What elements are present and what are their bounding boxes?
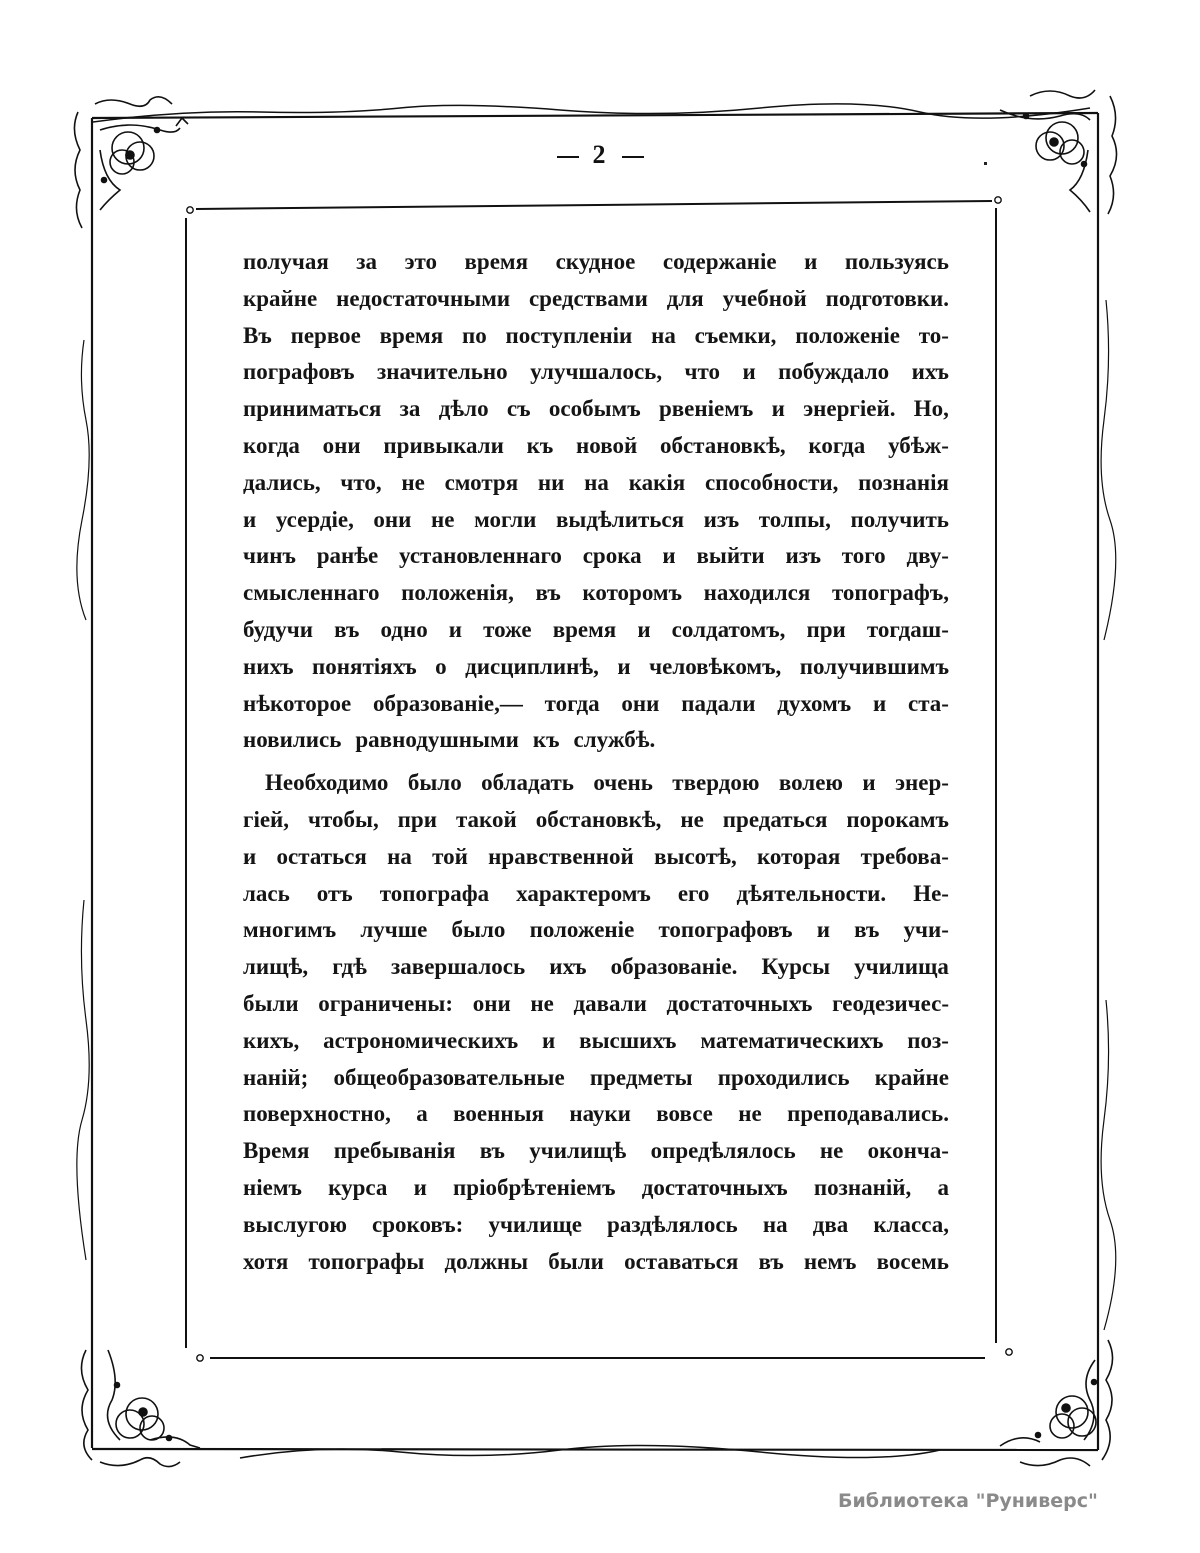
word: какія	[629, 465, 686, 502]
text-line: когдаонипривыкаликъновойобстановкѣ,когда…	[243, 428, 949, 465]
text-line: новилисьравнодушнымикъслужбѣ.	[243, 722, 949, 759]
word: когда	[243, 428, 300, 465]
word: новились	[243, 722, 341, 759]
word: были	[548, 1244, 604, 1281]
print-speck	[984, 162, 987, 165]
word: той	[432, 839, 468, 876]
word: изъ	[704, 502, 740, 539]
word: убѣж-	[888, 428, 949, 465]
word: привыкали	[383, 428, 503, 465]
word: человѣкомъ,	[649, 649, 781, 686]
word: нанiй;	[243, 1060, 308, 1097]
text-line: крайненедостаточнымисредствамидляучебной…	[243, 281, 949, 318]
word: смотря	[445, 465, 519, 502]
word: военныя	[453, 1096, 544, 1133]
body-text: получаязаэтовремяскудноесодержаніеипольз…	[243, 244, 949, 1280]
word: на	[584, 465, 609, 502]
word: въ	[334, 612, 359, 649]
paragraph: Необходимобылообладатьоченьтвердоюволеюи…	[243, 765, 949, 1280]
word: учи-	[904, 912, 949, 949]
dash-left	[557, 156, 579, 158]
word: срока	[583, 538, 642, 575]
word: Необходимо	[265, 765, 388, 802]
word: значительно	[377, 354, 508, 391]
word: ограничены:	[318, 986, 453, 1023]
text-line: Времяпребываніявъучилищѣопредѣлялосьнеок…	[243, 1133, 949, 1170]
word: преподавались.	[787, 1096, 949, 1133]
text-line: дались,что,несмотрянинакакіяспособности,…	[243, 465, 949, 502]
word: завершалось	[391, 949, 525, 986]
word: особымъ	[549, 391, 641, 428]
word: образованіе,—	[373, 686, 523, 723]
word: положеніе	[795, 318, 900, 355]
word: было	[408, 765, 462, 802]
word: и	[637, 612, 650, 649]
word: высшихъ	[579, 1023, 676, 1060]
text-line: лищѣ,гдѣзавершалосьихъобразованіе.Курсыу…	[243, 949, 949, 986]
word: которомъ	[582, 575, 682, 612]
word: выслугою	[243, 1207, 347, 1244]
word: въ	[480, 1133, 505, 1170]
word: дву-	[906, 538, 948, 575]
word: ихъ	[549, 949, 586, 986]
word: ихъ	[912, 354, 949, 391]
word: высотѣ,	[654, 839, 737, 876]
word: подготовки.	[826, 281, 949, 318]
text-line: гіей,чтобы,притакойобстановкѣ,непредатьс…	[243, 802, 949, 839]
word: въ	[854, 912, 879, 949]
word: смысленнаго	[243, 575, 380, 612]
word: содержаніе	[663, 244, 777, 281]
word: оконча-	[868, 1133, 949, 1170]
word: съ	[507, 391, 531, 428]
word: для	[667, 281, 704, 318]
word: время	[553, 612, 617, 649]
word: изъ	[785, 538, 821, 575]
word: лась	[243, 876, 290, 913]
word: волею	[779, 765, 843, 802]
text-line: кихъ,астрономическихъивысшихъматематичес…	[243, 1023, 949, 1060]
text-line: выслугоюсроковъ:училищераздѣлялосьнадвак…	[243, 1207, 949, 1244]
text-line: ласьотътопографахарактеромъегодѣятельнос…	[243, 876, 949, 913]
word: ранѣе	[317, 538, 379, 575]
word: два	[813, 1207, 849, 1244]
text-line: Въпервоевремяпопоступленіинасъемки,полож…	[243, 318, 949, 355]
word: ни	[538, 465, 565, 502]
word: съемки,	[695, 318, 777, 355]
word: побуждало	[778, 354, 889, 391]
word: чинъ	[243, 538, 296, 575]
word: учебной	[723, 281, 807, 318]
word: обстановкѣ,	[536, 802, 662, 839]
word: восемь	[877, 1244, 949, 1281]
word: раздѣлялось	[607, 1207, 738, 1244]
word: энергіей.	[803, 391, 895, 428]
paragraph: получаязаэтовремяскудноесодержаніеипольз…	[243, 244, 949, 759]
word: общеобразовательные	[333, 1060, 564, 1097]
word: рвеніемъ	[659, 391, 753, 428]
word: и	[662, 538, 675, 575]
word: установленнаго	[399, 538, 562, 575]
word: ніемъ	[243, 1170, 302, 1207]
text-line: нѣкотороеобразованіе,—тогдаонипадалидухо…	[243, 686, 949, 723]
word: выдѣлиться	[556, 502, 684, 539]
word: Курсы	[762, 949, 831, 986]
scroll-flourish-bottom-right-icon	[1000, 1340, 1113, 1466]
word: службѣ.	[574, 722, 656, 759]
word: нѣкоторое	[243, 686, 351, 723]
word: Но,	[914, 391, 949, 428]
word: проходились	[718, 1060, 850, 1097]
word: въ	[758, 1244, 783, 1281]
word: что,	[340, 465, 381, 502]
word: одно	[380, 612, 427, 649]
word: за	[400, 391, 421, 428]
word: и	[742, 354, 755, 391]
word: и	[873, 686, 886, 723]
text-line: пографовъзначительноулучшалось,чтоипобуж…	[243, 354, 949, 391]
word: должны	[444, 1244, 528, 1281]
word: положенія,	[401, 575, 514, 612]
word: что	[685, 354, 720, 391]
word: курса	[328, 1170, 387, 1207]
word: твердою	[672, 765, 759, 802]
word: топографа	[380, 876, 489, 913]
word: и	[804, 244, 817, 281]
word: пріобрѣтеніемъ	[453, 1170, 615, 1207]
word: нихъ	[243, 649, 294, 686]
word: отъ	[317, 876, 353, 913]
word: образованіе.	[611, 949, 738, 986]
word: улучшалось,	[530, 354, 662, 391]
book-page: 2 получаязаэтовремяскудноесодержаніеипол…	[0, 0, 1200, 1553]
word: а	[416, 1096, 428, 1133]
word: по	[462, 318, 487, 355]
word: на	[387, 839, 412, 876]
word: вовсе	[656, 1096, 713, 1133]
word: его	[678, 876, 710, 913]
word: давали	[573, 986, 646, 1023]
word: опредѣлялось	[651, 1133, 796, 1170]
word: математическихъ	[700, 1023, 883, 1060]
word: солдатомъ,	[672, 612, 786, 649]
word: при	[806, 612, 845, 649]
word: выйти	[696, 538, 764, 575]
word: предметы	[590, 1060, 693, 1097]
word: положеніе	[530, 912, 635, 949]
word: крайне	[875, 1060, 949, 1097]
word: время	[380, 318, 444, 355]
word: Время	[243, 1133, 309, 1170]
word: гдѣ	[332, 949, 367, 986]
word: Въ	[243, 318, 272, 355]
word: они	[373, 502, 411, 539]
word: средствами	[529, 281, 648, 318]
word: хотя	[243, 1244, 288, 1281]
word: многимъ	[243, 912, 336, 949]
word: приниматься	[243, 391, 381, 428]
word: поступленіи	[506, 318, 633, 355]
word: обладать	[481, 765, 574, 802]
word: и	[617, 649, 630, 686]
word: училища	[854, 949, 949, 986]
word: требова-	[861, 839, 949, 876]
word: не	[680, 802, 703, 839]
text-line: былиограничены:онинедавалидостаточныхъге…	[243, 986, 949, 1023]
word: на	[651, 318, 676, 355]
word: астрономическихъ	[323, 1023, 518, 1060]
word: и	[414, 1170, 427, 1207]
word: это	[405, 244, 437, 281]
text-line: нихъпонятіяхъодисциплинѣ,ичеловѣкомъ,пол…	[243, 649, 949, 686]
word: очень	[593, 765, 653, 802]
word: достаточныхъ	[642, 1170, 788, 1207]
word: познаній,	[814, 1170, 911, 1207]
word: нравственной	[488, 839, 634, 876]
word: ста-	[908, 686, 949, 723]
word: и	[243, 839, 256, 876]
text-line: чинъранѣеустановленнагосрокаивыйтиизътог…	[243, 538, 949, 575]
word: не	[820, 1133, 843, 1170]
text-line: смысленнагоположенія,въкоторомънаходился…	[243, 575, 949, 612]
word: порокамъ	[846, 802, 949, 839]
word: топографы	[308, 1244, 424, 1281]
word: сроковъ:	[372, 1207, 463, 1244]
word: они	[621, 686, 659, 723]
word: при	[398, 802, 437, 839]
word: училище	[488, 1207, 582, 1244]
word: дисциплинѣ,	[465, 649, 599, 686]
page-number: 2	[0, 140, 1200, 170]
word: топографовъ	[658, 912, 792, 949]
word: находился	[704, 575, 811, 612]
text-line: поверхностно,авоенныянаукивовсенепрепода…	[243, 1096, 949, 1133]
word: и	[243, 502, 256, 539]
word: и	[772, 391, 785, 428]
text-line: хотятопографыдолжныбылиоставатьсявънемъв…	[243, 1244, 949, 1281]
word: то-	[919, 318, 949, 355]
text-line: Необходимобылообладатьоченьтвердоюволеюи…	[243, 765, 949, 802]
word: получить	[850, 502, 949, 539]
word: которая	[757, 839, 840, 876]
word: пографовъ	[243, 354, 355, 391]
word: энер-	[895, 765, 949, 802]
word: немъ	[804, 1244, 857, 1281]
word: и	[817, 912, 830, 949]
word: такой	[456, 802, 517, 839]
word: недостаточными	[336, 281, 510, 318]
word: и	[542, 1023, 555, 1060]
word: геодезичес-	[832, 986, 949, 1023]
word: топографъ,	[832, 575, 949, 612]
word: усердіе,	[276, 502, 354, 539]
text-line: иусердіе,онинемогливыдѣлитьсяизътолпы,по…	[243, 502, 949, 539]
text-line: ніемъкурсаипріобрѣтеніемъдостаточныхъпоз…	[243, 1170, 949, 1207]
word: и	[862, 765, 875, 802]
word: а	[937, 1170, 949, 1207]
word: того	[842, 538, 886, 575]
word: о	[435, 649, 447, 686]
word: толпы,	[759, 502, 831, 539]
word: въ	[536, 575, 561, 612]
word: могли	[474, 502, 536, 539]
word: падали	[681, 686, 755, 723]
word: къ	[527, 428, 554, 465]
text-line: получаязаэтовремяскудноесодержаніеипольз…	[243, 244, 949, 281]
text-line: многимълучшебылоположеніетопографовъивъу…	[243, 912, 949, 949]
word: и	[449, 612, 462, 649]
word: время	[465, 244, 529, 281]
word: дѣятельности.	[736, 876, 886, 913]
word: равнодушными	[355, 722, 518, 759]
word: поз-	[907, 1023, 949, 1060]
word: лищѣ,	[243, 949, 308, 986]
word: новой	[576, 428, 637, 465]
word: къ	[533, 722, 560, 759]
word: оставаться	[624, 1244, 738, 1281]
word: не	[401, 465, 424, 502]
word: получившимъ	[800, 649, 949, 686]
word: поверхностно,	[243, 1096, 391, 1133]
word: за	[356, 244, 377, 281]
word: когда	[808, 428, 865, 465]
word: на	[763, 1207, 788, 1244]
word: было	[452, 912, 506, 949]
word: остаться	[277, 839, 367, 876]
word: они	[473, 986, 511, 1023]
library-watermark: Библиотека "Руниверс"	[838, 1490, 1098, 1512]
word: познанія	[858, 465, 949, 502]
word: училищѣ	[529, 1133, 626, 1170]
word: характеромъ	[516, 876, 651, 913]
text-line: иостатьсянатойнравственнойвысотѣ,которая…	[243, 839, 949, 876]
word: не	[530, 986, 553, 1023]
word: пребыванія	[334, 1133, 456, 1170]
word: достаточныхъ	[667, 986, 813, 1023]
word: тоже	[483, 612, 532, 649]
word: науки	[569, 1096, 631, 1133]
word: они	[323, 428, 361, 465]
word: не	[431, 502, 454, 539]
word: лучше	[360, 912, 427, 949]
word: первое	[291, 318, 361, 355]
text-line: приниматьсязадѣлосъособымървеніемъиэнерг…	[243, 391, 949, 428]
word: получая	[243, 244, 329, 281]
word: Не-	[913, 876, 949, 913]
word: тогдаш-	[867, 612, 949, 649]
dash-right	[622, 156, 644, 158]
word: понятіяхъ	[312, 649, 417, 686]
word: дались,	[243, 465, 321, 502]
text-line: нанiй;общеобразовательныепредметыпроходи…	[243, 1060, 949, 1097]
word: чтобы,	[308, 802, 379, 839]
word: кихъ,	[243, 1023, 299, 1060]
word: не	[738, 1096, 761, 1133]
page-number-value: 2	[593, 140, 608, 169]
word: обстановкѣ,	[660, 428, 786, 465]
word: дѣло	[439, 391, 489, 428]
word: пользуясь	[845, 244, 949, 281]
word: способности,	[705, 465, 838, 502]
word: тогда	[545, 686, 600, 723]
text-line: будучивъодноитожевремяисолдатомъ,притогд…	[243, 612, 949, 649]
word: гіей,	[243, 802, 289, 839]
word: класса,	[873, 1207, 949, 1244]
word: были	[243, 986, 299, 1023]
word: духомъ	[777, 686, 851, 723]
word: скудное	[556, 244, 636, 281]
word: крайне	[243, 281, 317, 318]
word: предаться	[723, 802, 828, 839]
word: будучи	[243, 612, 313, 649]
